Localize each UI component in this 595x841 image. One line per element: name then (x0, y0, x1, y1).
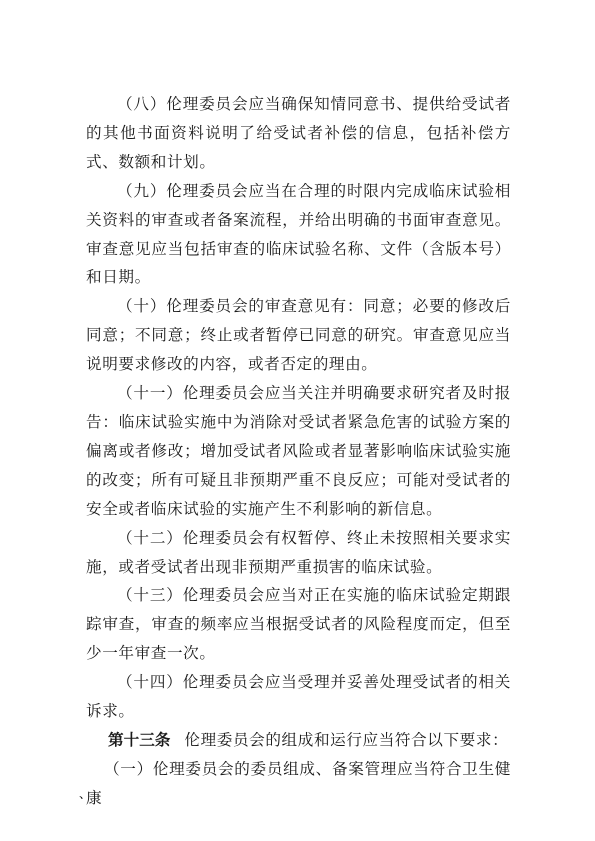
paragraph-9: （九）伦理委员会应当在合理的时限内完成临床试验相关资料的审查或者备案流程，并给出… (86, 177, 511, 293)
document-page: （八）伦理委员会应当确保知情同意书、提供给受试者的其他书面资料说明了给受试者补偿… (86, 90, 511, 813)
article-13: 第十三条伦理委员会的组成和运行应当符合以下要求： (86, 726, 511, 755)
paragraph-10: （十）伦理委员会的审查意见有：同意；必要的修改后同意；不同意；终止或者暂停已同意… (86, 292, 511, 379)
paragraph-13: （十三）伦理委员会应当对正在实施的临床试验定期跟踪审查，审查的频率应当根据受试者… (86, 581, 511, 668)
paragraph-11: （十一）伦理委员会应当关注并明确要求研究者及时报告：临床试验实施中为消除对受试者… (86, 379, 511, 524)
article-number: 第十三条 (108, 731, 170, 749)
article-text: 伦理委员会的组成和运行应当符合以下要求： (184, 731, 508, 749)
paragraph-12: （十二）伦理委员会有权暂停、终止未按照相关要求实施，或者受试者出现非预期严重损害… (86, 524, 511, 582)
paragraph-8: （八）伦理委员会应当确保知情同意书、提供给受试者的其他书面资料说明了给受试者补偿… (86, 90, 511, 177)
paragraph-article13-1: （一）伦理委员会的委员组成、备案管理应当符合卫生健康 (86, 755, 511, 813)
paragraph-14: （十四）伦理委员会应当受理并妥善处理受试者的相关诉求。 (86, 668, 511, 726)
footer-mark: 、 (79, 785, 91, 802)
